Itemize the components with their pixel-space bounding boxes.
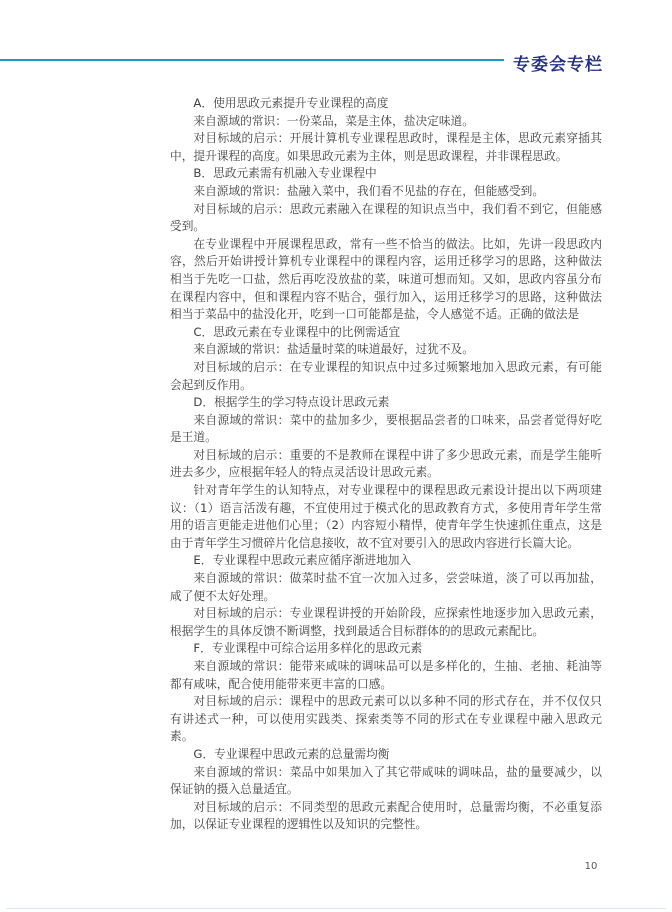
section-heading-paragraph: A．使用思政元素提升专业课程的高度 (170, 95, 602, 113)
body-paragraph: 来自源域的常识：菜中的盐加多少，要根据品尝者的口味来，品尝者觉得好吃是王道。 (170, 412, 602, 447)
body-paragraph: 对目标域的启示：开展计算机专业课程思政时，课程是主体，思政元素穿插其中，提升课程… (170, 130, 602, 165)
page-bottom-edge-rule (6, 908, 666, 909)
column-header-title: 专委会专栏 (513, 50, 623, 75)
body-paragraph: 对目标域的启示：在专业课程的知识点中过多过频繁地加入思政元素，有可能会起到反作用… (170, 359, 602, 394)
section-heading-paragraph: D．根据学生的学习特点设计思政元素 (170, 394, 602, 412)
section-heading-paragraph: E．专业课程中思政元素应循序渐进地加入 (170, 552, 602, 570)
body-paragraph: 来自源域的常识：做菜时盐不宜一次加入过多，尝尝味道，淡了可以再加盐，咸了便不太好… (170, 570, 602, 605)
body-paragraph: 对目标域的启示：思政元素融入在课程的知识点当中，我们看不到它，但能感受到。 (170, 201, 602, 236)
header-accent-rule (0, 59, 504, 61)
body-paragraph: 对目标域的启示：专业课程讲授的开始阶段，应探索性地逐步加入思政元素，根据学生的具… (170, 605, 602, 640)
page-number: 10 (580, 861, 602, 872)
section-heading-paragraph: B．思政元素需有机融入专业课程中 (170, 165, 602, 183)
body-paragraph: 在专业课程中开展课程思政，常有一些不恰当的做法。比如，先讲一段思政内容，然后开始… (170, 236, 602, 324)
body-paragraph: 对目标域的启示：课程中的思政元素可以以多种不同的形式存在，并不仅仅只有讲述式一种… (170, 693, 602, 746)
body-paragraph: 对目标域的启示：重要的不是教师在课程中讲了多少思政元素，而是学生能听进去多少，应… (170, 447, 602, 482)
section-heading-paragraph: F．专业课程中可综合运用多样化的思政元素 (170, 640, 602, 658)
section-heading-paragraph: C．思政元素在专业课程中的比例需适宜 (170, 324, 602, 342)
document-page: 专委会专栏 A．使用思政元素提升专业课程的高度来自源域的常识：一份菜品，菜是主体… (0, 0, 672, 912)
body-paragraph: 针对青年学生的认知特点，对专业课程中的课程思政元素设计提出以下两项建议：（1）语… (170, 482, 602, 552)
body-text-block: A．使用思政元素提升专业课程的高度来自源域的常识：一份菜品，菜是主体，盐决定味道… (170, 95, 602, 834)
body-paragraph: 来自源域的常识：盐融入菜中，我们看不见盐的存在，但能感受到。 (170, 183, 602, 201)
section-heading-paragraph: G．专业课程中思政元素的总量需均衡 (170, 746, 602, 764)
body-paragraph: 来自源域的常识：能带来咸味的调味品可以是多样化的，生抽、老抽、耗油等都有咸味，配… (170, 658, 602, 693)
body-paragraph: 来自源域的常识：盐适量时菜的味道最好，过犹不及。 (170, 341, 602, 359)
body-paragraph: 对目标域的启示：不同类型的思政元素配合使用时，总量需均衡，不必重复添加，以保证专… (170, 799, 602, 834)
body-paragraph: 来自源域的常识：菜品中如果加入了其它带咸味的调味品，盐的量要减少，以保证钠的摄入… (170, 764, 602, 799)
body-paragraph: 来自源域的常识：一份菜品，菜是主体，盐决定味道。 (170, 113, 602, 131)
